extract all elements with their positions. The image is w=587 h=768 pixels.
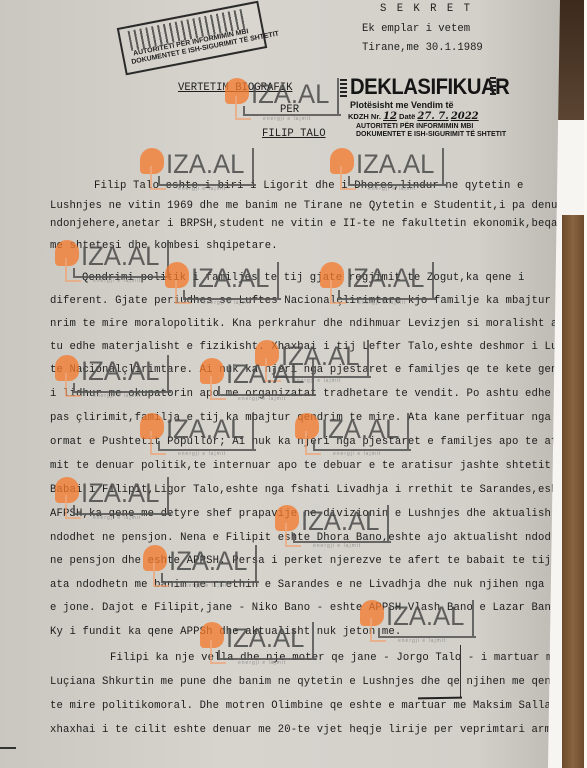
body-line: Ky i fundit ka qene APPSh dhe aktualisht…: [50, 626, 401, 638]
body-line: xhaxhai i te cilit eshte denuar me 20-te…: [50, 724, 564, 736]
watermark-plug-icon: [330, 148, 354, 174]
body-line: Luçiana Shkurtin me pune dhe banim ne qy…: [50, 676, 564, 688]
body-line: tu edhe materjalisht e fizikisht. Xhaxha…: [50, 341, 558, 353]
declassified-authority: AUTORITETI PËR INFORMIMIN MBI DOKUMENTET…: [356, 123, 506, 139]
declassified-subtitle: Plotësisht me Vendim të: [350, 100, 454, 110]
body-line: Qendrimi politik i familjes te tij gjate…: [82, 272, 525, 284]
date-label: Datë: [399, 112, 415, 121]
watermark-tagline: energji e lajmit: [293, 378, 341, 384]
body-line: e jone. Dajot e Filipit,jane - Niko Bano…: [50, 602, 551, 614]
background-desk-edge: [562, 215, 584, 768]
watermark-text: IZA.AL: [356, 149, 434, 180]
body-line: AFPSH,ka qene me detyre shef prapavije n…: [50, 508, 558, 520]
watermark-text: IZA.AL: [166, 149, 244, 180]
classification-label: S E K R E T: [380, 3, 472, 15]
declassified-title: DEKLASIFIKUAR: [350, 74, 509, 100]
authority-line1: AUTORITETI PËR INFORMIMIN MBI: [356, 123, 506, 131]
body-line: te mire politikomoral. Dhe motren Olimbi…: [50, 700, 564, 712]
watermark-bar: [252, 148, 254, 184]
end-underline: [418, 697, 462, 700]
stamp-bars-right: [490, 77, 496, 95]
watermark-tagline: energji e lajmit: [263, 116, 311, 122]
watermark-tagline: energji e lajmit: [398, 638, 446, 644]
body-line: diferent. Gjate periudhes se Luftes Naci…: [50, 295, 564, 307]
margin-mark: [460, 645, 461, 697]
watermark-tagline: energji e lajmit: [333, 451, 381, 457]
body-line: Babai i Filipit,Ligor Talo,eshte nga fsh…: [50, 484, 564, 496]
register-label: KDZH Nr.: [348, 112, 381, 121]
authority-line2: DOKUMENTET E ISH-SIGURIMIT TË SHTETIT: [356, 131, 506, 139]
body-line: Filipi ka nje vella dhe nje moter qe jan…: [110, 652, 553, 664]
document-subject-name: FILIP TALO: [262, 128, 326, 140]
copy-note: Ek emplar i vetem: [362, 23, 470, 35]
archive-stamp: AUTORITETI PËR INFORMIMIN MBI DOKUMENTET…: [117, 1, 268, 76]
watermark-cable-icon: [65, 258, 81, 282]
body-line: pas çlirimit,familja e tij ka mbajtur qe…: [50, 412, 571, 424]
body-line: i lidhur me okupatorin apo me organizata…: [50, 388, 551, 400]
year-value: 2022: [451, 111, 479, 122]
watermark-cable-icon: [235, 96, 251, 120]
body-line: te Nacionalçlirimtare. Ai nuk ka njeri n…: [50, 364, 558, 376]
body-line: me shtetesi dhe kombesi shqipetare.: [50, 240, 278, 252]
page-dash: [0, 747, 16, 749]
body-line: ne pensjon dhe eshte APPSH. Persa i perk…: [50, 555, 558, 567]
stamp-bars-left: [340, 77, 347, 97]
body-line: nrim te mire moralopolitik. Kna perkrahu…: [50, 318, 564, 330]
body-line: ata ndodhetn me banim ne rrethin e Saran…: [50, 579, 564, 591]
body-line: ndonjehere,anetar i BRPSH,student ne vit…: [50, 218, 564, 230]
watermark-tagline: energji e lajmit: [178, 451, 226, 457]
body-line: mit te denuar politik,te internuar apo t…: [50, 460, 558, 472]
body-line: Lushnjes ne vitin 1969 dhe me banim ne T…: [50, 200, 564, 212]
declassified-register: KDZH Nr. 12 Datë 27. 7. 2022: [348, 111, 479, 122]
register-number: 12: [383, 111, 397, 122]
document-title-per: PER: [280, 104, 299, 116]
watermark-bar: [442, 148, 444, 184]
body-line: Filip Talo eshte i biri i Ligorit dhe i …: [94, 180, 523, 192]
declassified-stamp: DEKLASIFIKUAR Plotësisht me Vendim të KD…: [338, 74, 538, 138]
body-line: ormat e Pushtetit Popullor; Ai nuk ka nj…: [50, 436, 571, 448]
body-line: ndodhet ne pensjon. Nena e Filipit eshte…: [50, 532, 564, 544]
document-title: VERTETIM BIOGRAFIK: [178, 82, 292, 94]
date-value: 27. 7.: [417, 111, 448, 122]
watermark-plug-icon: [140, 148, 164, 174]
place-date: Tirane,me 30.1.1989: [362, 42, 483, 54]
document-page: AUTORITETI PËR INFORMIMIN MBI DOKUMENTET…: [0, 0, 560, 768]
